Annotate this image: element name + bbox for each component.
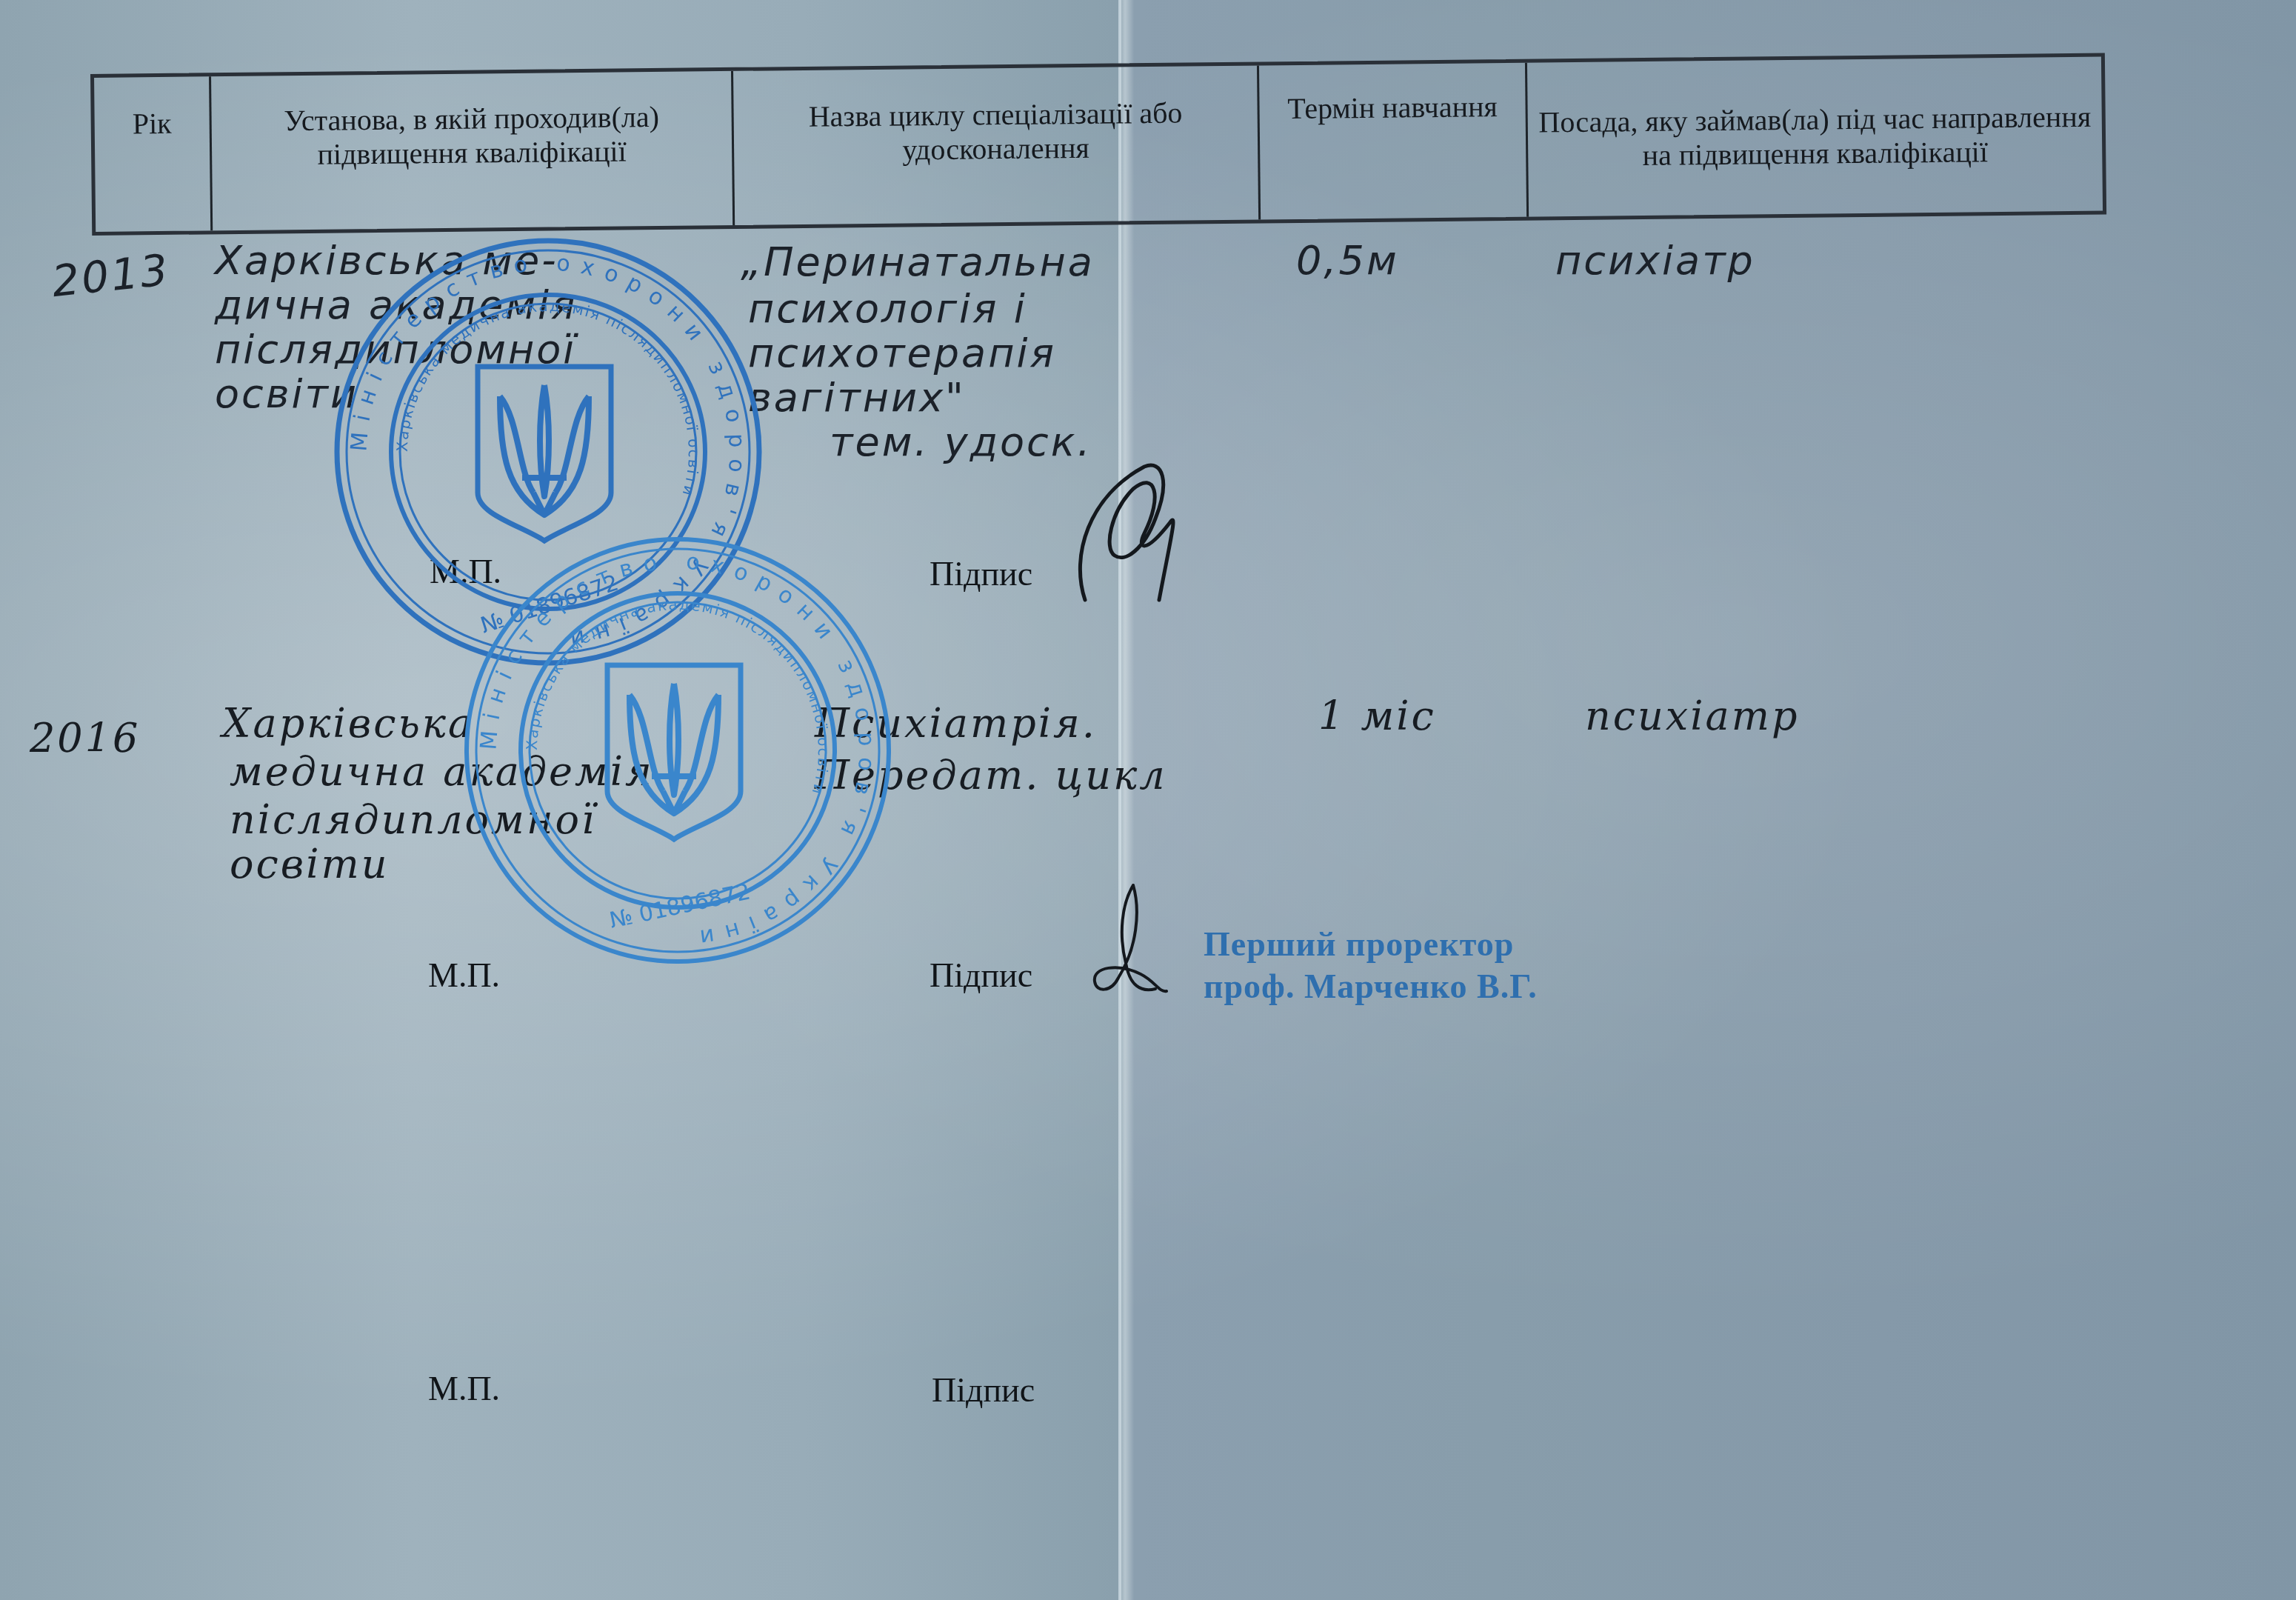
entry-position: психіатр	[1585, 693, 1800, 740]
cycle-line: психотерапія	[748, 330, 1056, 377]
institution-line: освіти	[230, 841, 389, 888]
entry-duration: 1 міс	[1318, 693, 1436, 740]
cycle-line: „Перинатальна	[741, 239, 1095, 286]
entry-position: психіатр	[1555, 237, 1755, 284]
cycle-line: вагітних"	[748, 374, 966, 421]
stamp-place-label: М.П.	[428, 1369, 500, 1408]
stamp-seal-2: Міністерство охорони здоров'я України Ха…	[459, 532, 896, 969]
signature-mark	[1089, 881, 1170, 1007]
signature-label: Підпис	[932, 1370, 1035, 1410]
signature-mark	[1074, 452, 1192, 615]
signature-label: Підпис	[930, 956, 1032, 995]
entry-year: 2016	[30, 715, 140, 762]
header-year: Рік	[94, 76, 213, 232]
cycle-line: тем. удоск.	[830, 419, 1092, 466]
entry-year: 2013	[50, 246, 172, 305]
qualification-table-header: Рік Установа, в якій проходив(ла) підвищ…	[90, 53, 2106, 236]
trident-emblem-icon	[478, 367, 611, 541]
institution-line: Харківська	[222, 700, 474, 747]
header-institution: Установа, в якій проходив(ла) підвищення…	[211, 71, 735, 230]
trident-emblem-icon	[607, 665, 741, 839]
header-duration: Термін навчання	[1259, 63, 1529, 220]
signatory-title: Перший проректор	[1204, 924, 1514, 964]
signature-label: Підпис	[930, 554, 1032, 593]
official-stamp: Міністерство охорони здоров'я України Ха…	[459, 532, 896, 973]
cycle-line: психологія і	[748, 285, 1027, 333]
entry-duration: 0,5м	[1296, 237, 1399, 284]
signatory-name: проф. Марченко В.Г.	[1204, 967, 1538, 1007]
header-cycle-name: Назва циклу спеціалізації або удосконале…	[733, 65, 1261, 224]
header-position: Посада, яку займав(ла) під час направлен…	[1527, 57, 2103, 217]
paper-fold-line	[1118, 0, 1121, 1600]
